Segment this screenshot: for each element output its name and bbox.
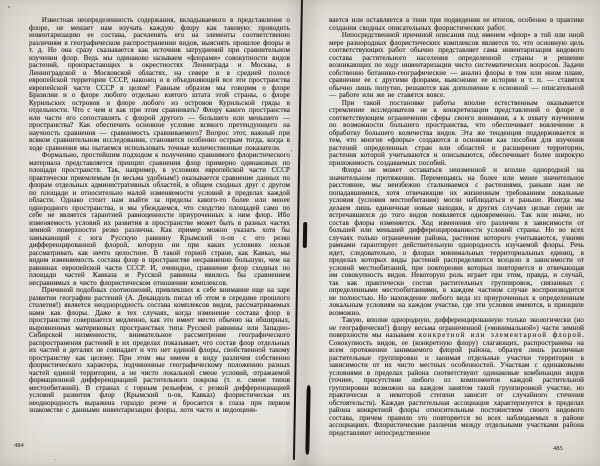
scan-speck <box>291 150 292 152</box>
left-page-text: Известная неопределенность содержания, в… <box>29 17 290 441</box>
left-page-number: 484 <box>14 442 24 449</box>
book-spread: Известная неопределенность содержания, в… <box>0 0 600 466</box>
paragraph: При такой постановке работы вполне естес… <box>329 100 584 168</box>
book-gutter-line <box>293 0 303 460</box>
right-page-number: 485 <box>553 445 563 452</box>
scan-speck <box>8 6 10 8</box>
right-page-text: вается или оставляется в тени при подвед… <box>329 17 584 441</box>
paragraph: Флора не может оставаться неизменной и в… <box>329 167 584 317</box>
paragraph: Непосредственной причиной описания под и… <box>329 32 584 100</box>
gutter-ink-blob <box>303 222 307 248</box>
gutter-ink-blob <box>305 385 310 455</box>
paragraph-continuation: вается или оставляется в тени при подвед… <box>329 17 584 32</box>
paragraph: Такую, вполне однородную, дифференцирова… <box>329 317 584 437</box>
scan-speck <box>55 459 56 460</box>
scan-speck <box>320 300 321 301</box>
paragraph: Формально, простейшим подходом к получен… <box>29 152 290 287</box>
paragraph: Известная неопределенность содержания, в… <box>29 17 290 152</box>
paragraph-text: . Совокупность видов, ее (конкретную фло… <box>329 331 584 437</box>
scan-speck <box>577 38 578 39</box>
paragraph: Причиной подобных соотношений, привлекши… <box>29 287 290 415</box>
